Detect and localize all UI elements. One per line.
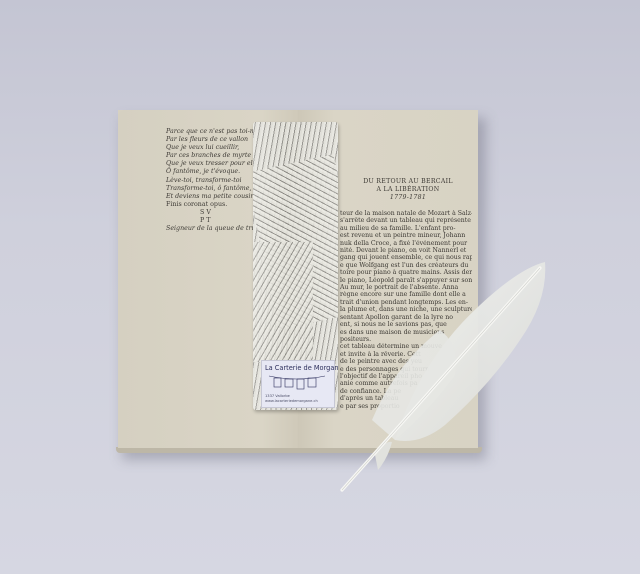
- body-line: s'arrête devant un tableau qui représent…: [340, 217, 472, 224]
- body-line: règne encore sur une famille dont elle a: [340, 291, 472, 298]
- chapter-title: DU RETOUR AU BERCAIL: [338, 178, 478, 186]
- body-line: au milieu de sa famille. L'enfant pro-: [340, 225, 472, 232]
- body-line: anie comme autrefois pa: [340, 380, 472, 387]
- body-line: Au mur, le portrait de l'absente. Anna: [340, 284, 472, 291]
- body-line: teur de la maison natale de Mozart à Sal…: [340, 210, 472, 217]
- body-line: es dans une maison de musiciens: [340, 329, 472, 336]
- body-line: e des personnages qui tourn: [340, 366, 472, 373]
- right-page-body: teur de la maison natale de Mozart à Sal…: [340, 210, 472, 410]
- body-line: gang qui jouent ensemble, ce qui nous ra…: [340, 254, 472, 261]
- body-line: e que Wolfgang est l'un des créateurs du: [340, 262, 472, 269]
- clothesline-icon: [268, 374, 326, 390]
- chapter-heading: DU RETOUR AU BERCAIL A LA LIBÉRATION 177…: [338, 178, 478, 202]
- body-line: sentant Apollon garant de la lyre no: [340, 314, 472, 321]
- body-line: e par ses proportio: [340, 403, 472, 410]
- body-line: de le peintre avec des yeu: [340, 358, 472, 365]
- collage-bookmark: La Carterie de Morgane 1337 Vallorbe www…: [253, 122, 338, 410]
- body-line: ent, si nous ne le savions pas, que: [340, 321, 472, 328]
- body-line: l'objectif de l'appareil pho: [340, 373, 472, 380]
- body-line: le piano, Léopold paraît s'appuyer sur s…: [340, 277, 472, 284]
- body-line: d'après un tableau: [340, 395, 472, 402]
- body-line: est revenu et un peintre mineur, Johann: [340, 232, 472, 239]
- body-line: et invite à la rêverie. Cett: [340, 351, 472, 358]
- body-line: de confiance. La pe: [340, 388, 472, 395]
- body-line: nuk della Croce, a fixé l'événement pour: [340, 240, 472, 247]
- body-line: cet tableau détermine un mouve: [340, 343, 472, 350]
- body-line: toire pour piano à quatre mains. Assis d…: [340, 269, 472, 276]
- body-line: positeurs.: [340, 336, 472, 343]
- body-line: la plume et, dans une niche, une sculptu…: [340, 306, 472, 313]
- chapter-years: 1779-1781: [338, 194, 478, 202]
- website-line: www.lacarteriedemorgane.ch: [265, 399, 318, 404]
- photo-scene: Parce que ce n'est pas toi-même. Par les…: [0, 0, 640, 574]
- brand-name: La Carterie de Morgane: [265, 364, 338, 372]
- body-line: trait d'union pendant longtemps. Les en-: [340, 299, 472, 306]
- maker-address: 1337 Vallorbe www.lacarteriedemorgane.ch: [265, 394, 318, 404]
- body-line: nité. Devant le piano, on voit Nannerl e…: [340, 247, 472, 254]
- chapter-subtitle: A LA LIBÉRATION: [338, 186, 478, 194]
- maker-label: La Carterie de Morgane 1337 Vallorbe www…: [261, 360, 335, 408]
